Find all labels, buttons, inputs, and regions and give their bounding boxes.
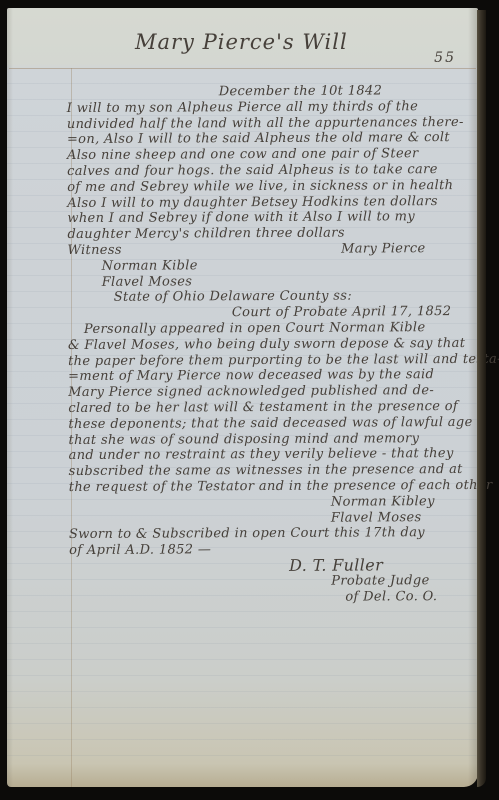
- will-line-text: when I and Sebrey if done with it Also I…: [67, 210, 415, 227]
- will-line-text: Probate Judge: [331, 573, 429, 589]
- will-line-text: daughter Mercy's children three dollars: [67, 226, 344, 242]
- will-line-text: Also nine sheep and one cow and one pair…: [67, 146, 419, 163]
- will-line-text: December the 10t 1842: [219, 83, 383, 99]
- will-line-text: of me and Sebrey while we live, in sickn…: [67, 178, 453, 195]
- page-number: 55: [434, 50, 456, 66]
- page-title: Mary Pierce's Will: [135, 30, 348, 54]
- will-line-text: Norman Kibley: [331, 494, 435, 510]
- will-line-text: Court of Probate April 17, 1852: [232, 304, 452, 320]
- will-line-text: Norman Kible: [102, 258, 198, 274]
- will-line-text: D. T. Fuller: [289, 555, 383, 574]
- will-line-text: subscribed the same as witnesses in the …: [69, 462, 463, 479]
- will-line-text: Sworn to & Subscribed in open Court this…: [69, 525, 425, 542]
- will-line-text: clared to be her last will & testament i…: [68, 399, 458, 416]
- will-line-text: State of Ohio Delaware County ss:: [114, 289, 352, 305]
- will-line-text: Flavel Moses: [331, 510, 422, 525]
- will-line-text: that she was of sound disposing mind and…: [68, 431, 419, 448]
- will-line-text: Witness: [67, 243, 121, 259]
- signature-text: Mary Pierce: [341, 241, 425, 257]
- will-line: of Del. Co. O.: [69, 588, 467, 606]
- will-line-text: the paper before them purporting to be t…: [68, 351, 499, 368]
- ledger-rule-horizontal: [9, 68, 476, 69]
- will-line-text: undivided half the land with all the app…: [67, 115, 464, 132]
- will-line-text: I will to my son Alpheus Pierce all my t…: [67, 99, 418, 116]
- will-line-text: Flavel Moses: [102, 274, 193, 289]
- will-line-text: the request of the Testator and in the p…: [69, 478, 493, 495]
- will-line-text: Mary Pierce signed acknowledged publishe…: [68, 383, 434, 400]
- will-text: December the 10t 1842I will to my son Al…: [67, 83, 468, 606]
- will-line-text: of Del. Co. O.: [345, 589, 437, 604]
- ledger-page: Mary Pierce's Will 55 December the 10t 1…: [7, 8, 478, 787]
- will-line-text: calves and four hogs. the said Alpheus i…: [67, 162, 438, 179]
- will-line-text: Also I will to my daughter Betsey Hodkin…: [67, 194, 438, 211]
- will-line-text: & Flavel Moses, who being duly sworn dep…: [68, 336, 465, 353]
- will-line-text: these deponents; that the said deceased …: [68, 415, 472, 432]
- page-edge-right: [477, 10, 486, 787]
- will-line-text: =ment of Mary Pierce now deceased was by…: [68, 367, 434, 384]
- will-line-text: of April A.D. 1852 —: [69, 542, 211, 558]
- will-line-text: =on, Also I will to the said Alpheus the…: [67, 130, 450, 147]
- will-line-text: Personally appeared in open Court Norman…: [84, 320, 426, 337]
- will-line-text: and under no restraint as they verily be…: [69, 446, 454, 463]
- document-scan: Mary Pierce's Will 55 December the 10t 1…: [0, 0, 499, 800]
